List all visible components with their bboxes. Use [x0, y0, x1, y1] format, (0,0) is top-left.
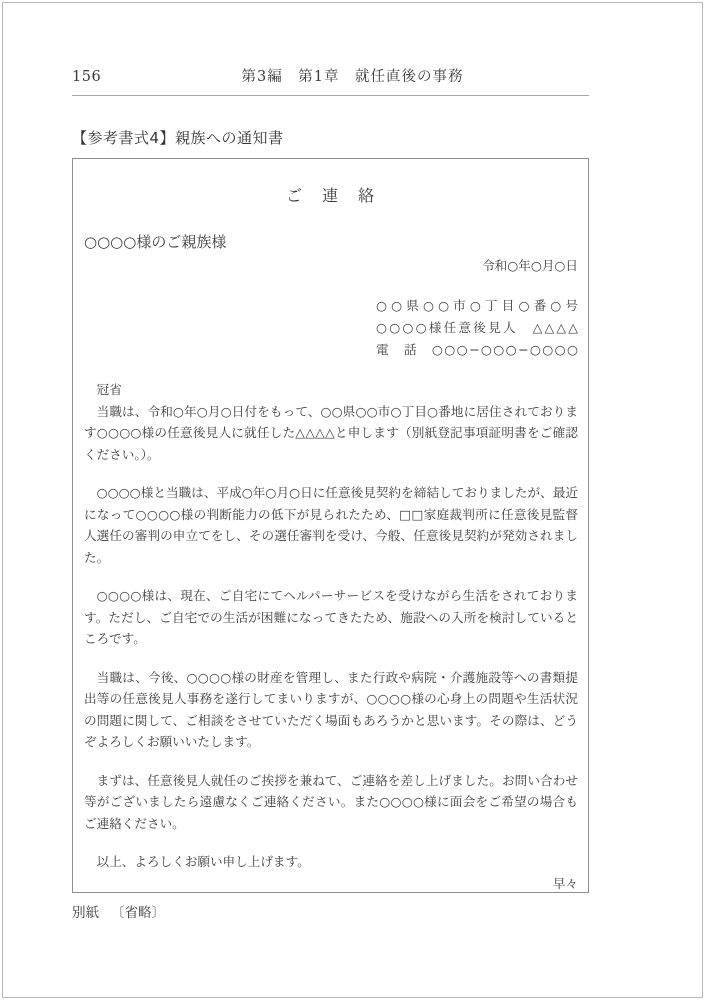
running-head: 第3編 第1章 就任直後の事務 — [0, 66, 705, 88]
attachment-value: 〔省略〕 — [111, 905, 165, 921]
letter-title: ご 連 絡 — [84, 185, 578, 207]
sample-letter-box: ご 連 絡 ○○○○様のご親族様 令和○年○月○日 ○○県○○市○丁目○番○号 … — [72, 158, 589, 893]
book-page: { "header": { "page_number": "156", "run… — [0, 0, 705, 1000]
letter-paragraph-3: ○○○○様は、現在、ご自宅にてヘルパーサービスを受けながら生活をされております。… — [84, 585, 578, 650]
letter-paragraph-5: まずは、任意後見人就任のご挨拶を兼ねて、ご連絡を差し上げました。お問い合わせ等が… — [84, 770, 578, 835]
letter-paragraph-2: ○○○○様と当職は、平成○年○月○日に任意後見契約を締結しておりましたが、最近に… — [84, 482, 578, 568]
letter-closing-request: 以上、よろしくお願い申し上げます。 — [84, 851, 578, 873]
attachment-note: 別紙〔省略〕 — [72, 903, 165, 923]
letter-paragraph-4: 当職は、今後、○○○○様の財産を管理し、また行政や病院・介護施設等への書類提出等… — [84, 667, 578, 753]
sender-phone: 電 話 ○○○−○○○−○○○○ — [376, 339, 578, 361]
sender-block: ○○県○○市○丁目○番○号 ○○○○様任意後見人 △△△△ 電 話 ○○○−○○… — [376, 295, 578, 361]
page-header: 156 第3編 第1章 就任直後の事務 — [0, 66, 705, 88]
letter-opening: 冠省 — [84, 379, 578, 401]
letter-date: 令和○年○月○日 — [84, 255, 578, 277]
letter-closing-word: 早々 — [84, 873, 578, 895]
attachment-label: 別紙 — [72, 905, 99, 921]
sender-address: ○○県○○市○丁目○番○号 — [376, 295, 578, 317]
sender-name: ○○○○様任意後見人 △△△△ — [376, 317, 578, 339]
letter-paragraph-1: 当職は、令和○年○月○日付をもって、○○県○○市○丁目○番地に居住されております… — [84, 401, 578, 466]
header-rule — [72, 95, 589, 96]
section-heading: 【参考書式4】親族への通知書 — [72, 128, 284, 148]
letter-addressee: ○○○○様のご親族様 — [84, 231, 578, 253]
